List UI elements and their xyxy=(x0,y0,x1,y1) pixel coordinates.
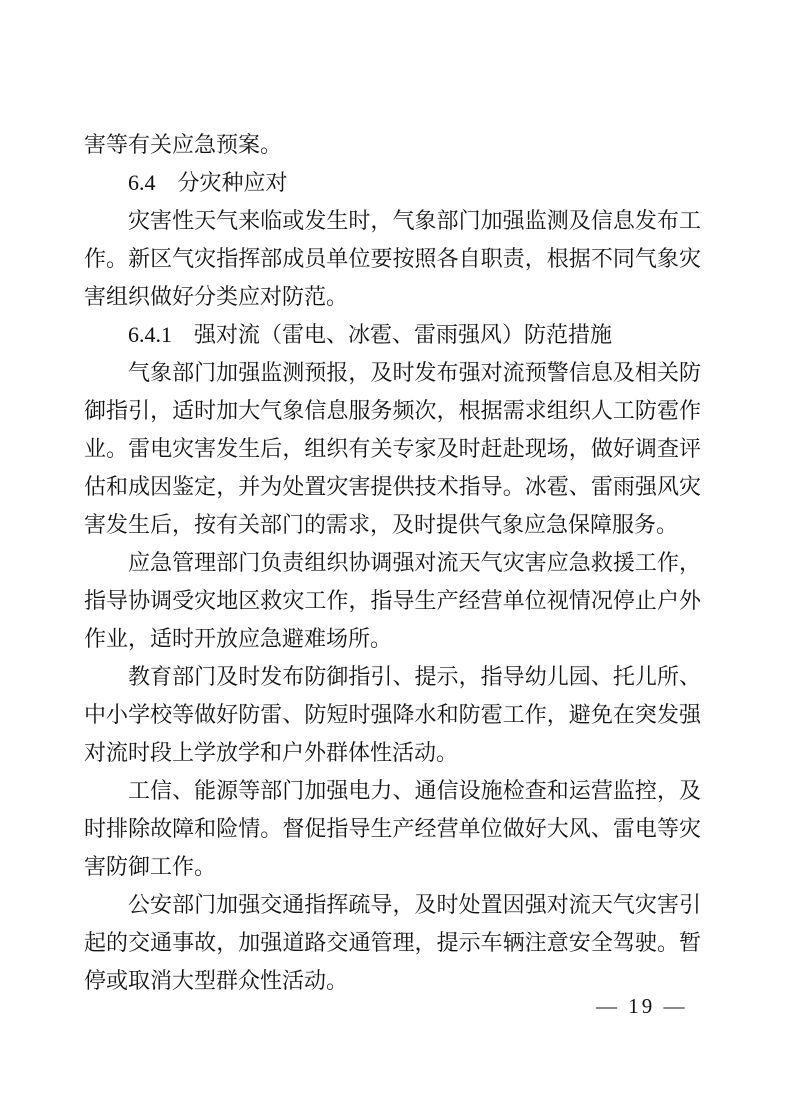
paragraph: 灾害性天气来临或发生时，气象部门加强监测及信息发布工作。新区气灾指挥部成员单位要… xyxy=(84,202,701,316)
page-number: — 19 — xyxy=(596,994,688,1019)
paragraph: 公安部门加强交通指挥疏导，及时处置因强对流天气灾害引起的交通事故，加强道路交通管… xyxy=(84,886,701,1000)
paragraph: 气象部门加强监测预报，及时发布强对流预警信息及相关防御指引，适时加大气象信息服务… xyxy=(84,354,701,544)
paragraph: 教育部门及时发布防御指引、提示，指导幼儿园、托儿所、中小学校等做好防雷、防短时强… xyxy=(84,658,701,772)
document-page: 害等有关应急预案。 6.4 分灾种应对 灾害性天气来临或发生时，气象部门加强监测… xyxy=(0,0,785,1114)
paragraph: 工信、能源等部门加强电力、通信设施检查和运营监控，及时排除故障和险情。督促指导生… xyxy=(84,772,701,886)
paragraph: 应急管理部门负责组织协调强对流天气灾害应急救援工作，指导协调受灾地区救灾工作，指… xyxy=(84,544,701,658)
section-heading-6-4: 6.4 分灾种应对 xyxy=(84,164,701,202)
section-heading-6-4-1: 6.4.1 强对流（雷电、冰雹、雷雨强风）防范措施 xyxy=(84,316,701,354)
document-body: 害等有关应急预案。 6.4 分灾种应对 灾害性天气来临或发生时，气象部门加强监测… xyxy=(84,126,701,1000)
paragraph-continuation: 害等有关应急预案。 xyxy=(84,126,701,164)
